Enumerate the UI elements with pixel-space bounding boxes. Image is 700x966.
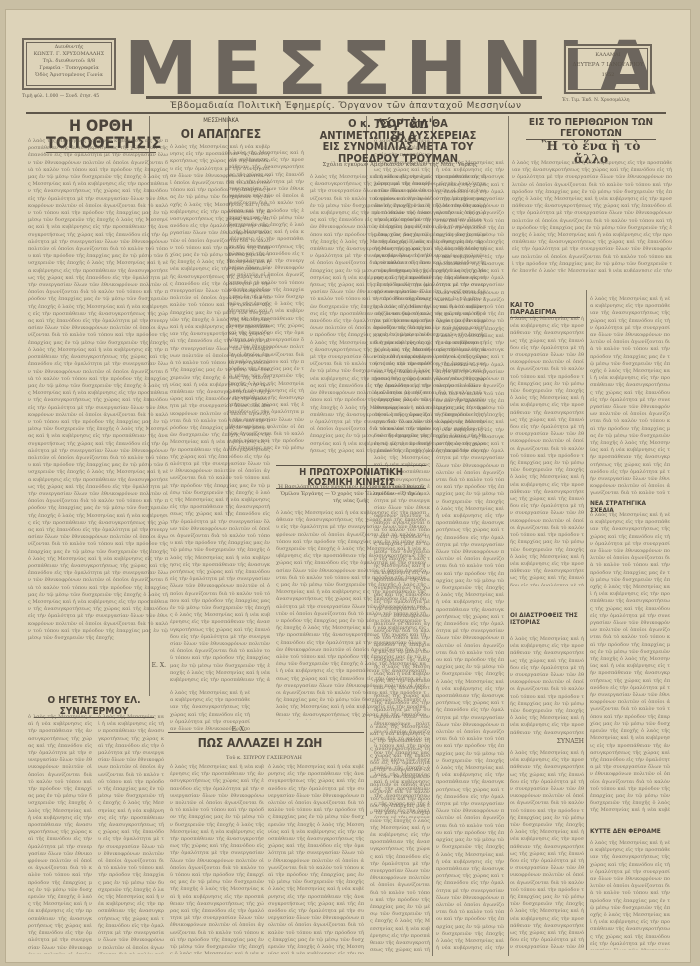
headline-apagoges: ΟΙ ΑΠΑΓΩΓΕΣ bbox=[176, 128, 266, 141]
article-text: ὁ λαὸς τῆς Μεσσηνίας καὶ ἡ νέα κυβέρνησι… bbox=[28, 714, 92, 954]
editor-note: Ἐτ. Τιμ. Ἐκδ. Ν. Χρυσομάλλη bbox=[562, 98, 662, 103]
masthead-subtitle: Ἑβδομαδιαία Πολιτικὴ Ἐφημερίς. Ὄργανον τ… bbox=[136, 101, 556, 111]
article-text: ὁ λαὸς τῆς Μεσσηνίας καὶ ἡ νέα κυβέρνησι… bbox=[510, 636, 584, 736]
article-text: ὁ λαὸς τῆς Μεσσηνίας καὶ ἡ νέα κυβέρνησι… bbox=[276, 510, 426, 720]
article-text: ὁ λαὸς τῆς Μεσσηνίας καὶ ἡ νέα κυβέρνησι… bbox=[370, 724, 430, 954]
article-text: ὁ λαὸς τῆς Μεσσηνίας καὶ ἡ νέα κυβέρνησι… bbox=[512, 160, 672, 272]
column-rule bbox=[586, 290, 587, 950]
section-rule bbox=[276, 465, 426, 466]
publisher-box: Διευθυντής ΚΩΝΣΤ. Γ. ΧΡΥΣΟΜΑΛΛΗΣ Τηλ. δι… bbox=[22, 38, 116, 90]
kicker-messiniaka: ΜΕΣΣΗΝΙΑΚΑ bbox=[176, 118, 266, 124]
article-text: ὁ λαὸς τῆς Μεσσηνίας καὶ ἡ νέα κυβέρνησι… bbox=[98, 714, 164, 954]
city: ΚΑΛΑΜΑΙ bbox=[569, 52, 647, 59]
signature: Ε. Χ. bbox=[106, 662, 166, 669]
issue-date: ΔΕΥΤΕΡΑ 7 ΙΑΝΟΥΑΡΙΟΥ bbox=[569, 62, 647, 69]
section-rule bbox=[168, 732, 364, 733]
publisher-role: Διευθυντής bbox=[27, 44, 111, 51]
article-text: ὁ λαὸς τῆς Μεσσηνίας καὶ ἡ νέα κυβέρνησι… bbox=[228, 150, 304, 450]
date-box: ΚΑΛΑΜΑΙ ΔΕΥΤΕΡΑ 7 ΙΑΝΟΥΑΡΙΟΥ 1952 bbox=[564, 44, 652, 94]
article-text: ὁ λαὸς τῆς Μεσσηνίας καὶ ἡ νέα κυβέρνησι… bbox=[170, 690, 250, 730]
headline-pos: ΠΩΣ ΑΛΛΑΖΕΙ Η ΖΩΗ bbox=[182, 737, 338, 750]
article-text: ὁ λαὸς τῆς Μεσσηνίας καὶ ἡ νέα κυβέρνησι… bbox=[510, 750, 584, 950]
article-text: ὁ λαὸς τῆς Μεσσηνίας καὶ ἡ νέα κυβέρνησι… bbox=[510, 316, 584, 586]
price-note: Τιμὴ φύλ. 1.000 — Συνδ. ἐτησ. 45 bbox=[22, 94, 122, 99]
column-rule bbox=[508, 116, 509, 956]
issue-year: 1952 bbox=[569, 72, 647, 79]
masthead-title: ΜΕΣΣΗΝΙΑ bbox=[124, 32, 564, 106]
newspaper-page: Διευθυντής ΚΩΝΣΤ. Γ. ΧΡΥΣΟΜΑΛΛΗΣ Τηλ. δι… bbox=[6, 10, 690, 962]
article-text: ὁ λαὸς τῆς Μεσσηνίας καὶ ἡ νέα κυβέρνησι… bbox=[268, 764, 364, 954]
subhead-protochroniatiki: Ἡ Βασιλόπηττα τοῦ Ἐργατικοῦ Κέντρου καὶ … bbox=[276, 484, 426, 505]
kicker-periplous: ΕΙΣ ΤΟ ΠΕΡΙΘΩΡΙΟΝ ΤΩΝ ΓΕΓΟΝΟΤΩΝ bbox=[526, 118, 656, 140]
article-text: ὁ λαὸς τῆς Μεσσηνίας καὶ ἡ νέα κυβέρνησι… bbox=[436, 160, 504, 950]
article-text: ὁ λαὸς τῆς Μεσσηνίας καὶ ἡ νέα κυβέρνησι… bbox=[28, 138, 168, 658]
headline-kitte: ΚΥΤΤΕ ΔΕΝ ΦΕΡΘΑΜΕ bbox=[590, 828, 670, 835]
signature: ΣΥΝΑΞΗ bbox=[510, 738, 584, 745]
article-text: ὁ λαὸς τῆς Μεσσηνίας καὶ ἡ νέα κυβέρνησι… bbox=[590, 296, 670, 496]
publisher-phone: Τηλ. διευθυντοῦ: 8/8 bbox=[27, 58, 111, 65]
article-text: ὁ λαὸς τῆς Μεσσηνίας καὶ ἡ νέα κυβέρνησι… bbox=[590, 840, 670, 950]
publisher-offices: Γραφεῖα - Τυπογραφεῖα bbox=[27, 65, 111, 72]
masthead-rule bbox=[146, 96, 542, 99]
publisher-name: ΚΩΝΣΤ. Γ. ΧΡΥΣΟΜΑΛΛΗΣ bbox=[27, 51, 111, 58]
publisher-address: Ὁδὸς Ἀριστομένους Γωνία bbox=[27, 72, 111, 79]
byline-pos: Τοῦ κ. ΣΠΥΡΟΥ ΓΑΣΙΕΡΟΥΛΗ bbox=[226, 755, 366, 761]
article-text: ὁ λαὸς τῆς Μεσσηνίας καὶ ἡ νέα κυβέρνησι… bbox=[170, 764, 264, 954]
headline-diastrofeis: ΟΙ ΔΙΑΣΤΡΟΦΕΙΣ ΤΗΣ ΙΣΤΟΡΙΑΣ bbox=[510, 612, 584, 626]
header-divider bbox=[26, 112, 666, 114]
article-text: ὁ λαὸς τῆς Μεσσηνίας καὶ ἡ νέα κυβέρνησι… bbox=[590, 512, 670, 812]
